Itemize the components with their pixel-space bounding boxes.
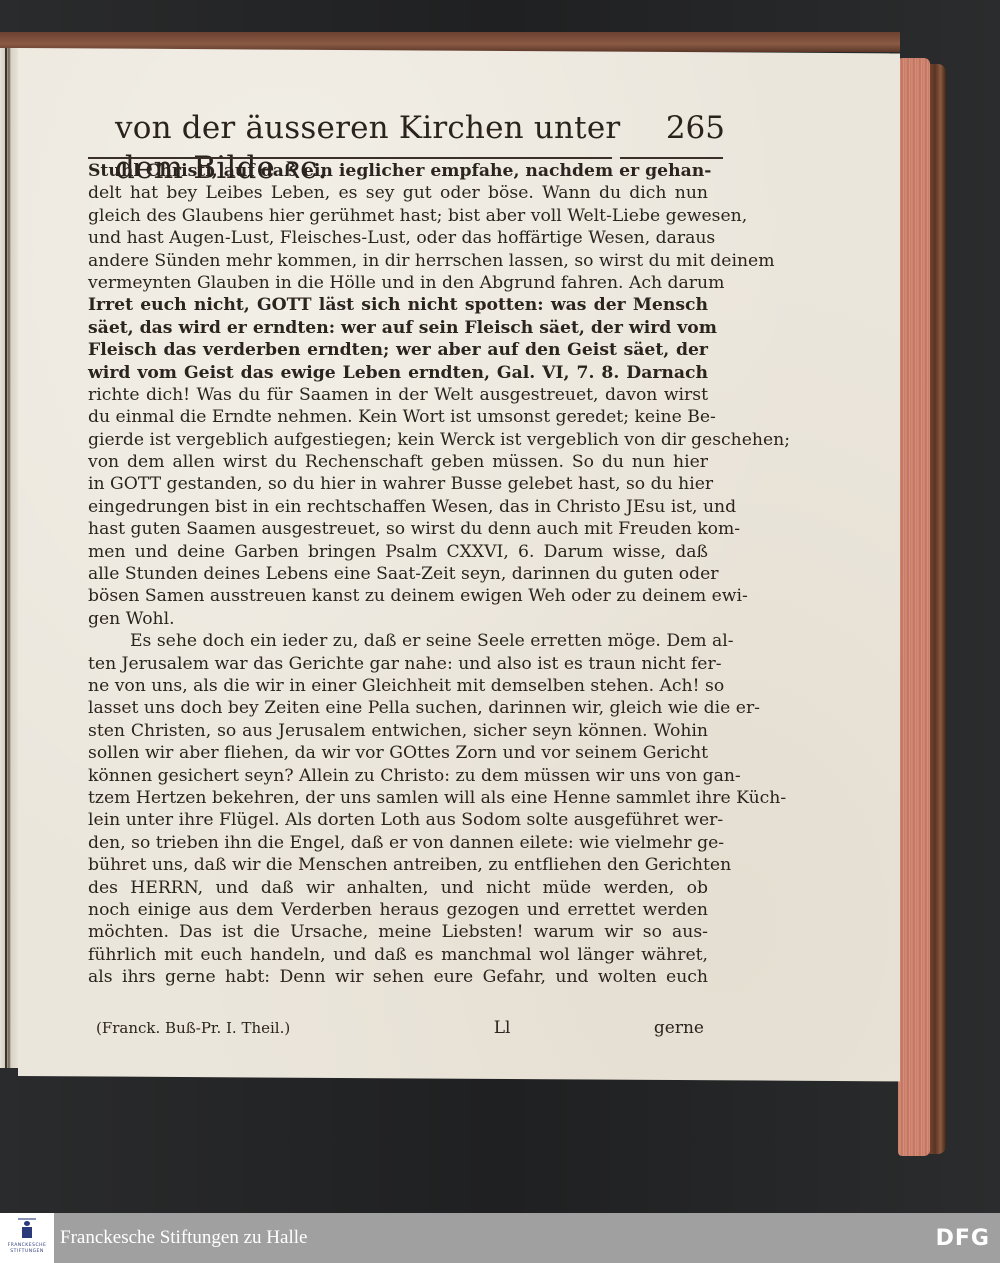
text-line: Stuhl Christi, auf daß ein ieglicher emp… (88, 160, 708, 182)
text-line: sollen wir aber fliehen, da wir vor GOtt… (88, 742, 708, 764)
page-fore-edge (898, 58, 930, 1156)
text-line: richte dich! Was du für Saamen in der We… (88, 384, 708, 406)
gutter-shadow (5, 48, 7, 1068)
text-line: bösen Samen ausstreuen kanst zu deinem e… (88, 585, 708, 607)
text-line: und hast Augen-Lust, Fleisches-Lust, ode… (88, 227, 708, 249)
viewer-footer-bar: FRANCKESCHE STIFTUNGEN Franckesche Stift… (0, 1213, 1000, 1263)
running-head: von der äusseren Kirchen unter dem Bilde… (115, 110, 725, 154)
franckesche-stiftungen-logo[interactable]: FRANCKESCHE STIFTUNGEN (0, 1213, 54, 1263)
header-rule (88, 157, 723, 159)
source-note: (Franck. Buß-Pr. I. Theil.) (96, 1019, 290, 1037)
catchword: gerne (654, 1018, 704, 1038)
text-line: alle Stunden deines Lebens eine Saat-Zei… (88, 563, 708, 585)
text-line: du einmal die Erndte nehmen. Kein Wort i… (88, 406, 708, 428)
text-line: gierde ist vergeblich aufgestiegen; kein… (88, 429, 708, 451)
text-line: men und deine Garben bringen Psalm CXXVI… (88, 541, 708, 563)
signature-mark: Ll (494, 1018, 511, 1038)
text-line-quote: säet, das wird er erndten: wer auf sein … (88, 317, 708, 339)
text-line: delt hat bey Leibes Leben, es sey gut od… (88, 182, 708, 204)
text-line-quote: wird vom Geist das ewige Leben erndten, … (88, 362, 708, 384)
text-line: hast guten Saamen ausgestreuet, so wirst… (88, 518, 708, 540)
text-line: den, so trieben ihn die Engel, daß er vo… (88, 832, 708, 854)
body-text: Stuhl Christi, auf daß ein ieglicher emp… (88, 160, 708, 988)
text-line: sten Christen, so aus Jerusalem entwiche… (88, 720, 708, 742)
text-line: lasset uns doch bey Zeiten eine Pella su… (88, 697, 708, 719)
text-line: gen Wohl. (88, 608, 708, 630)
text-line-quote: Fleisch das verderben erndten; wer aber … (88, 339, 708, 361)
text-line: ten Jerusalem war das Gerichte gar nahe:… (88, 653, 708, 675)
text-line: tzem Hertzen bekehren, der uns samlen wi… (88, 787, 708, 809)
text-line: in GOTT gestanden, so du hier in wahrer … (88, 473, 708, 495)
text-line: lein unter ihre Flügel. Als dorten Loth … (88, 809, 708, 831)
book-cover-right-edge (928, 64, 946, 1154)
page-number: 265 (666, 110, 725, 146)
text-line: möchten. Das ist die Ursache, meine Lieb… (88, 921, 708, 943)
text-line: eingedrungen bist in ein rechtschaffen W… (88, 496, 708, 518)
logo-figure-icon (20, 1221, 34, 1241)
text-line-quote: Irret euch nicht, GOTT läst sich nicht s… (88, 294, 708, 316)
text-line: führlich mit euch handeln, und daß es ma… (88, 944, 708, 966)
logo-text: FRANCKESCHE STIFTUNGEN (8, 1243, 47, 1255)
text-line: vermeynten Glauben in die Hölle und in d… (88, 272, 708, 294)
text-line: gleich des Glaubens hier gerühmet hast; … (88, 205, 708, 227)
text-line: als ihrs gerne habt: Denn wir sehen eure… (88, 966, 708, 988)
text-line: von dem allen wirst du Rechenschaft gebe… (88, 451, 708, 473)
dfg-logo[interactable]: DFG (936, 1226, 990, 1251)
text-line: des HERRN, und daß wir anhalten, und nic… (88, 877, 708, 899)
institution-name[interactable]: Franckesche Stiftungen zu Halle (60, 1227, 307, 1249)
scan-viewer: von der äusseren Kirchen unter dem Bilde… (0, 0, 1000, 1213)
text-line: ne von uns, als die wir in einer Gleichh… (88, 675, 708, 697)
text-line: bühret uns, daß wir die Menschen antreib… (88, 854, 708, 876)
paragraph-start-line: Es sehe doch ein ieder zu, daß er seine … (88, 630, 708, 652)
text-line: noch einige aus dem Verderben heraus gez… (88, 899, 708, 921)
text-line: können gesichert seyn? Allein zu Christo… (88, 765, 708, 787)
text-line: andere Sünden mehr kommen, in dir herrsc… (88, 250, 708, 272)
book-gutter (0, 48, 20, 1068)
page-footer: (Franck. Buß-Pr. I. Theil.) Ll gerne (96, 1018, 704, 1044)
